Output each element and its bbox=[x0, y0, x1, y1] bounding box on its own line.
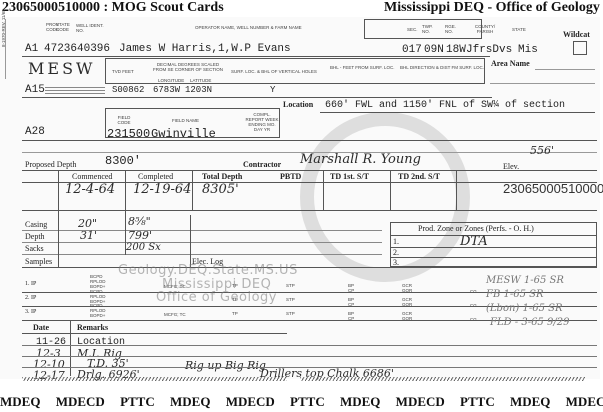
label-ip-3: 3. IP bbox=[25, 309, 36, 315]
form-code: 8-1970-REV. 11/68 bbox=[1, 9, 6, 47]
row-label-a15: A15 bbox=[25, 84, 45, 96]
label-pbtd: PBTD bbox=[280, 172, 301, 181]
completed-date: 12-19-64 bbox=[133, 182, 191, 197]
label-stp-1: STP bbox=[286, 283, 295, 288]
label-completed: Completed bbox=[138, 172, 173, 181]
commenced-date: 12-4-64 bbox=[65, 182, 115, 197]
footer-item: PTTC bbox=[290, 394, 325, 409]
area-handwritten: MESW bbox=[28, 59, 95, 78]
label-sec: SEC. bbox=[407, 27, 418, 32]
twp-value: 09N bbox=[424, 44, 444, 56]
label-compl-report: COMPL. REPORT WEEK ENDING MO. DAY YR bbox=[244, 112, 280, 132]
longitude-value: 6783W bbox=[153, 85, 180, 95]
label-surf-loc: SURF. LOC. & BHL OF VERTICAL HOLES bbox=[231, 69, 317, 74]
operator-name: James W Harris,1,W.P Evans bbox=[119, 43, 291, 55]
label-tp-3: TP bbox=[232, 311, 238, 316]
label-samples: Samples bbox=[25, 257, 52, 266]
footer-item: MDEQ bbox=[0, 394, 40, 409]
label-tvd: TVD FEET bbox=[112, 69, 134, 74]
label-prod-zone: Prod. Zone or Zones (Perfs. - O. H.) bbox=[418, 224, 534, 233]
label-location: Location bbox=[283, 100, 313, 109]
footer-item: MDECD bbox=[56, 394, 105, 409]
cg-note-1: MESW 1-65 SR bbox=[486, 275, 564, 286]
flag-value: Y bbox=[270, 85, 275, 95]
contractor-value: Marshall R. Young bbox=[300, 152, 421, 167]
footer-item: MDECD bbox=[226, 394, 275, 409]
state-value: Mis bbox=[518, 44, 538, 56]
label-casing: Casing bbox=[25, 220, 47, 229]
label-rge: RGE. NO. bbox=[445, 24, 459, 34]
proposed-depth-value: 8300' bbox=[105, 154, 141, 168]
label-bcpd-2: BCPD RPLOD BOPD+ bbox=[90, 289, 102, 304]
label-decimal-degrees: DECIMAL DEGREES SCALED FROM SE CORNER OF… bbox=[153, 62, 223, 72]
remark-extra: Rig up Big Rig bbox=[185, 359, 266, 372]
footer-item: MDEQ bbox=[340, 394, 380, 409]
elevation-value: 556' bbox=[530, 144, 554, 157]
footer-item: MDECD bbox=[396, 394, 445, 409]
tvd-value: S00862 bbox=[112, 85, 144, 95]
row-label-a1: A1 bbox=[25, 43, 38, 55]
scout-card-image: 8-1970-REV. 11/68 PROV CODE STATE CODE W… bbox=[0, 17, 600, 379]
watermark-url: Geology.DEQ.State.MS.US bbox=[118, 263, 298, 278]
label-zone-2: 2. bbox=[393, 248, 399, 257]
county-value: JfrsDvs bbox=[466, 44, 512, 56]
footer-item: PTTC bbox=[120, 394, 155, 409]
label-operator: OPERATOR NAME, WELL NUMBER & FARM NAME bbox=[195, 25, 302, 30]
cg-note-2: FB 1-65 SR bbox=[486, 289, 544, 300]
label-zone-1: 1. bbox=[393, 237, 399, 246]
rge-value: 18W bbox=[446, 44, 466, 56]
sec-value: 017 bbox=[402, 44, 422, 56]
label-state-code: STATE CODE bbox=[56, 22, 64, 32]
label-date: Date bbox=[33, 323, 49, 332]
footer-item: MDEQ bbox=[170, 394, 210, 409]
label-bhl-feet: BHL - FEET FROM SURF. LOC. bbox=[330, 65, 395, 70]
field-code-value: 231500 bbox=[107, 127, 150, 141]
casing-2-size: 8⅝" bbox=[128, 215, 151, 228]
prod-zone-1-value: DTA bbox=[460, 234, 488, 249]
label-state: STATE bbox=[512, 27, 526, 32]
footer-item: PTTC bbox=[460, 394, 495, 409]
footer-item: MDEQ bbox=[510, 394, 550, 409]
latitude-value: 1203N bbox=[185, 85, 212, 95]
api-number: 23065000510000 bbox=[503, 181, 603, 196]
label-stp-2: STP bbox=[286, 297, 295, 302]
label-sacks: Sacks bbox=[25, 244, 44, 253]
label-stp-3: STP bbox=[286, 311, 295, 316]
watermark-office: Office of Geology bbox=[156, 290, 277, 305]
card-bottom-hatch bbox=[22, 377, 287, 381]
label-mcfg-3: MCFG; TC bbox=[164, 312, 186, 317]
cg-note-3: (Lbon) 1-65 SR bbox=[486, 303, 563, 314]
total-depth-value: 8305' bbox=[202, 182, 239, 197]
label-bcpd-3: BCPD RPLOD BOPD+ bbox=[90, 303, 102, 318]
well-number: 4723640396 bbox=[44, 43, 110, 55]
label-total-depth: Total Depth bbox=[202, 172, 242, 181]
label-wildcat: Wildcat bbox=[563, 30, 590, 39]
label-proposed-depth: Proposed Depth bbox=[25, 160, 76, 169]
page-title-left: 23065000510000 : MOG Scout Cards bbox=[2, 0, 224, 16]
label-ip-1: 1. IP bbox=[25, 281, 36, 287]
label-ip-2: 2. IP bbox=[25, 295, 36, 301]
field-name-value: Gwinville bbox=[151, 127, 216, 141]
label-commenced: Commenced bbox=[72, 172, 112, 181]
page-title-right: Mississippi DEQ - Office of Geology bbox=[384, 0, 600, 16]
label-td-2nd: TD 2nd. S/T bbox=[398, 172, 440, 181]
label-bhl-direction: BHL DIRECTION & DIST FM SURF. LOC. bbox=[400, 65, 484, 70]
label-contractor: Contractor bbox=[243, 160, 281, 169]
label-depth: Depth bbox=[25, 232, 45, 241]
label-county: COUNTY/ PARISH bbox=[470, 24, 500, 34]
cg-note-4: FLD - 3-65 9/29 bbox=[490, 317, 569, 328]
label-well-ident: WELL IDENT. NO. bbox=[76, 23, 106, 33]
label-area-name: Area Name bbox=[491, 59, 530, 68]
casing-2-depth: 799' bbox=[128, 229, 152, 242]
footer-item: MDECD bbox=[566, 394, 603, 409]
casing-2-sacks: 200 Sx bbox=[126, 242, 161, 253]
label-td-1st: TD 1st. S/T bbox=[330, 172, 369, 181]
label-twp: TWP. NO. bbox=[422, 24, 436, 34]
label-zone-3: 3. bbox=[393, 258, 399, 267]
label-field-code: FIELD CODE bbox=[113, 115, 135, 125]
casing-1-depth: 31' bbox=[80, 229, 97, 242]
label-latitude: LATITUDE bbox=[190, 78, 211, 83]
location-description: 660' FWL and 1150' FNL of SW¼ of section bbox=[325, 100, 565, 111]
label-bcpd-1: BCPD RPLOD BOPD+ bbox=[90, 274, 102, 289]
label-longitude: LONGITUDE bbox=[158, 78, 184, 83]
footer-banner: MDEQ MDECD PTTC MDEQ MDECD PTTC MDEQ MDE… bbox=[0, 394, 603, 410]
label-prov-code: PROV CODE bbox=[46, 22, 54, 32]
row-label-a28: A28 bbox=[25, 126, 45, 138]
label-remarks: Remarks bbox=[77, 323, 108, 332]
wildcat-checkbox bbox=[573, 41, 587, 55]
label-field-name: FIELD NAME bbox=[172, 118, 199, 123]
